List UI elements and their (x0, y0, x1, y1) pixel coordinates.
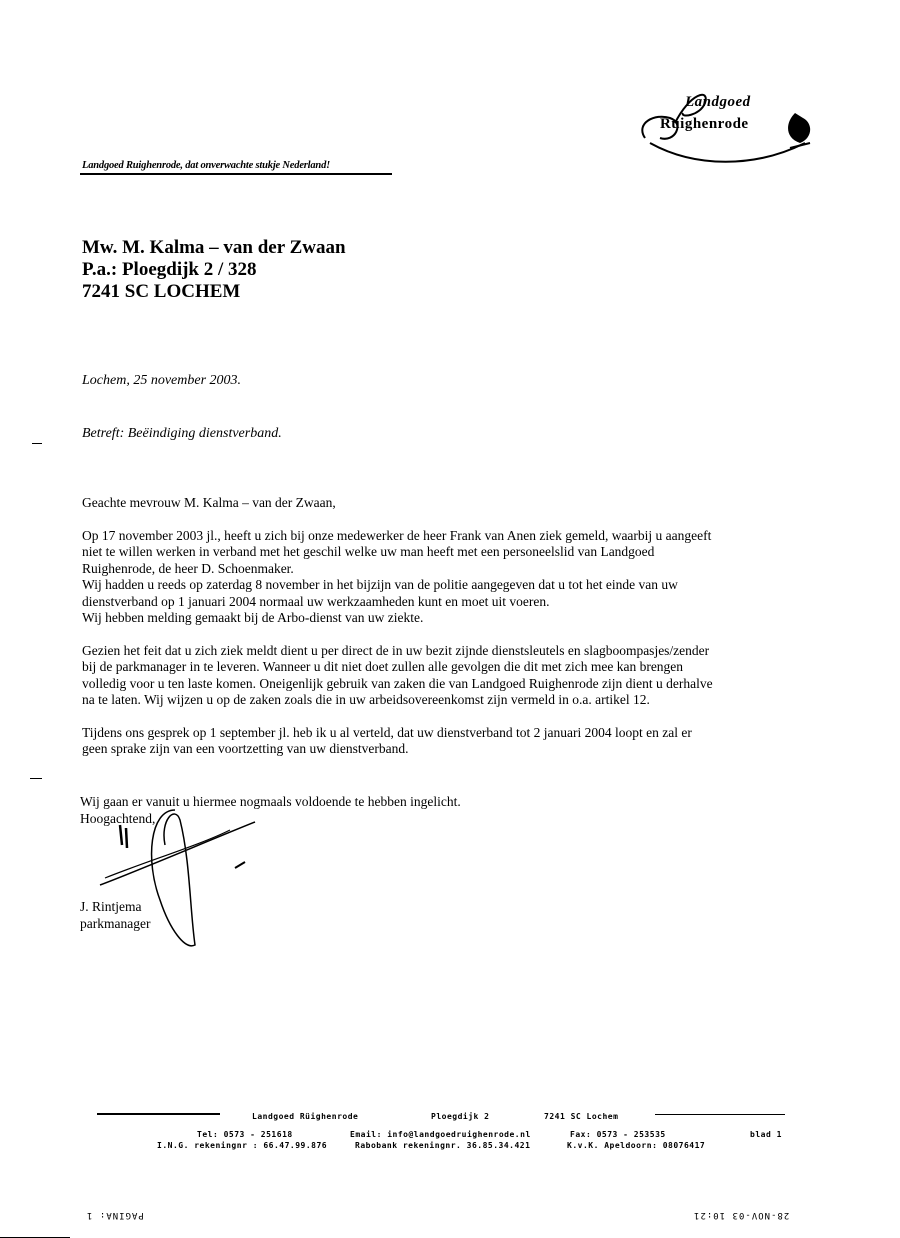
signer-name: J. Rintjema (80, 899, 150, 916)
footer-city: 7241 SC Lochem (544, 1112, 618, 1121)
footer-fax: Fax: 0573 - 253535 (570, 1130, 666, 1139)
footer-ing: I.N.G. rekeningnr : 66.47.99.876 (157, 1141, 327, 1150)
subject-label: Betreft: (82, 426, 124, 441)
footer-kvk: K.v.K. Apeldoorn: 08076417 (567, 1141, 705, 1150)
punch-mark (30, 778, 42, 779)
signer: J. Rintjema parkmanager (80, 899, 150, 932)
letterhead-tagline: Landgoed Ruighenrode, dat onverwachte st… (82, 160, 330, 171)
logo-text-landgoed: Landgoed (685, 94, 751, 111)
logo-text-ruighenrode: Ruighenrode (660, 116, 749, 133)
recipient-name: Mw. M. Kalma – van der Zwaan (82, 237, 346, 259)
tagline-underline (80, 173, 392, 175)
body-line: Gezien het feit dat u zich ziek meldt di… (82, 643, 802, 660)
footer-tel: Tel: 0573 - 251618 (197, 1130, 293, 1139)
footer-rabobank: Rabobank rekeningnr. 36.85.34.421 (355, 1141, 530, 1150)
recipient-street: P.a.: Ploegdijk 2 / 328 (82, 259, 346, 281)
punch-mark (32, 443, 42, 444)
body-line: Tijdens ons gesprek op 1 september jl. h… (82, 725, 802, 742)
paragraph-1: Op 17 november 2003 jl., heeft u zich bi… (82, 528, 802, 627)
recipient-address: Mw. M. Kalma – van der Zwaan P.a.: Ploeg… (82, 237, 346, 303)
fax-timestamp: 28-NOV-03 10:21 (693, 1210, 789, 1220)
footer-rule-right (655, 1114, 785, 1115)
letter-body: Geachte mevrouw M. Kalma – van der Zwaan… (82, 495, 802, 774)
footer-email: Email: info@landgoedruighenrode.nl (350, 1130, 531, 1139)
company-logo: Landgoed Ruighenrode (635, 88, 815, 173)
fax-page-indicator: PAGINA: 1 (86, 1210, 144, 1220)
body-line: volledig voor u ten laste komen. Oneigen… (82, 676, 802, 693)
paragraph-3: Tijdens ons gesprek op 1 september jl. h… (82, 725, 802, 758)
body-line: Op 17 november 2003 jl., heeft u zich bi… (82, 528, 802, 545)
body-line: na te laten. Wij wijzen u op de zaken zo… (82, 692, 802, 709)
body-line: geen sprake zijn van een voortzetting va… (82, 741, 802, 758)
body-line: Ruighenrode, de heer D. Schoenmaker. (82, 561, 802, 578)
footer-street: Ploegdijk 2 (431, 1112, 489, 1121)
salutation: Geachte mevrouw M. Kalma – van der Zwaan… (82, 495, 802, 512)
body-line: niet te willen werken in verband met het… (82, 544, 802, 561)
body-line: dienstverband op 1 januari 2004 normaal … (82, 594, 802, 611)
letter-subject: Betreft: Beëindiging dienstverband. (82, 426, 282, 442)
paragraph-2: Gezien het feit dat u zich ziek meldt di… (82, 643, 802, 709)
footer-page: blad 1 (750, 1130, 782, 1139)
body-line: Wij hebben melding gemaakt bij de Arbo-d… (82, 610, 802, 627)
footer-rule-left (97, 1113, 220, 1115)
letter-date: Lochem, 25 november 2003. (82, 373, 241, 389)
subject-text: Beëindiging dienstverband. (128, 426, 282, 441)
recipient-city: 7241 SC LOCHEM (82, 281, 346, 303)
body-line: Wij hadden u reeds op zaterdag 8 novembe… (82, 577, 802, 594)
body-line: bij de parkmanager in te leveren. Wannee… (82, 659, 802, 676)
signer-title: parkmanager (80, 916, 150, 933)
footer-company: Landgoed Rüighenrode (252, 1112, 358, 1121)
